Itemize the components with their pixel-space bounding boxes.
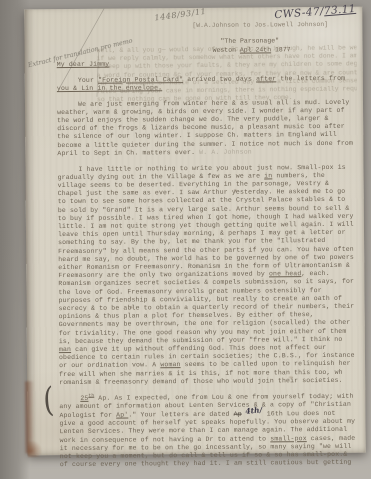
letter-paragraph: I have little or nothing to write you ab…	[57, 163, 355, 387]
handwritten-insertion: 4th/	[245, 406, 263, 416]
letter-paragraph: We are just emerging from winter here & …	[57, 98, 353, 158]
scanned-letter-page: 1448/93/11 CWS-47/73.11 [W.A.Johnson to …	[0, 0, 371, 479]
letter-body: My dear Jimmy Your "Foreign Postal Card"…	[57, 59, 356, 470]
letter-paper: 1448/93/11 CWS-47/73.11 [W.A.Johnson to …	[24, 7, 365, 456]
letter-paragraph: Your "Foreign Postal Card" arrived two d…	[57, 74, 353, 93]
salutation: My dear Jimmy	[57, 59, 353, 70]
letter-paragraph: 25th Ap. As I expected, one from Lou & o…	[59, 392, 356, 469]
ghost-signature: W. A. Johnson	[195, 148, 252, 155]
letter-paragraphs: Your "Foreign Postal Card" arrived two d…	[57, 74, 356, 469]
